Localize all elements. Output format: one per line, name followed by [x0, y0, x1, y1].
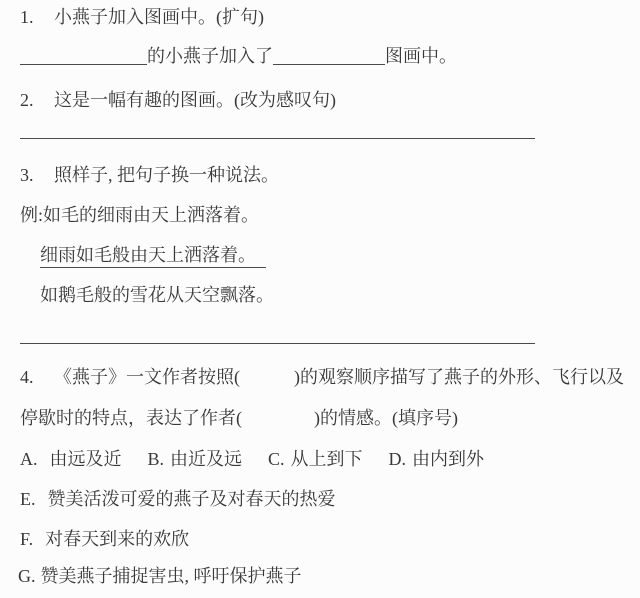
question-1-fill-line: 的小燕子加入了图画中。: [20, 43, 636, 69]
option-d: D.由内到外: [389, 446, 485, 472]
fill-text-1: 的小燕子加入了: [147, 46, 273, 66]
option-b-label: B.: [148, 446, 165, 472]
question-3-text: 照样子, 把句子换一种说法。: [54, 165, 279, 185]
option-c-text: 从上到下: [291, 449, 363, 469]
worksheet-page: 1.小燕子加入图画中。(扩句) 的小燕子加入了图画中。 2.这是一幅有趣的图画。…: [0, 0, 640, 598]
question-3-example-answer: 细雨如毛般由天上洒落着。: [20, 242, 636, 268]
option-a-label: A.: [20, 446, 38, 472]
option-c-label: C.: [268, 446, 285, 472]
fill-blank-2: [273, 46, 385, 65]
example-answer-sentence: 细雨如毛般由天上洒落着。: [40, 245, 266, 268]
question-3-exercise: 如鹅毛般的雪花从天空飘落。: [20, 282, 636, 308]
question-1-number: 1.: [20, 4, 54, 30]
fill-blank-1: [20, 46, 147, 65]
option-d-label: D.: [389, 446, 407, 472]
question-2: 2.这是一幅有趣的图画。(改为感叹句): [20, 87, 636, 113]
fill-text-2: 图画中。: [385, 46, 457, 66]
option-g: G.赞美燕子捕捉害虫, 呼吁保护燕子: [18, 563, 636, 589]
question-4-text-line1: 《燕子》一文作者按照( )的观察顺序描写了燕子的外形、飞行以及: [54, 367, 624, 387]
question-4-line-1: 4.《燕子》一文作者按照( )的观察顺序描写了燕子的外形、飞行以及: [20, 364, 636, 390]
question-2-text: 这是一幅有趣的图画。(改为感叹句): [54, 90, 336, 110]
option-g-label: G.: [18, 563, 36, 589]
option-f-text: 对春天到来的欢欣: [45, 529, 189, 549]
question-3: 3.照样子, 把句子换一种说法。: [20, 162, 636, 188]
question-3-number: 3.: [20, 162, 54, 188]
exercise-sentence: 如鹅毛般的雪花从天空飘落。: [40, 285, 274, 305]
question-1-text: 小燕子加入图画中。(扩句): [54, 7, 264, 27]
answer-line-2: [20, 343, 535, 344]
option-c: C.从上到下: [268, 446, 363, 472]
option-f: F.对春天到来的欢欣: [20, 526, 636, 552]
option-a: A.由远及近: [20, 446, 122, 472]
example-sentence: 例:如毛的细雨由天上洒落着。: [20, 205, 259, 225]
option-d-text: 由内到外: [412, 449, 484, 469]
question-3-example: 例:如毛的细雨由天上洒落着。: [20, 202, 636, 228]
answer-line-1: [20, 138, 535, 139]
option-b-text: 由近及远: [170, 449, 242, 469]
option-a-text: 由远及近: [50, 449, 122, 469]
option-g-text: 赞美燕子捕捉害虫, 呼吁保护燕子: [41, 566, 302, 586]
option-f-label: F.: [20, 526, 33, 552]
question-4-options-row: A.由远及近 B.由近及远 C.从上到下 D.由内到外: [20, 446, 636, 472]
option-e-text: 赞美活泼可爱的燕子及对春天的热爱: [48, 489, 336, 509]
question-1: 1.小燕子加入图画中。(扩句): [20, 4, 636, 30]
option-e-label: E.: [20, 486, 36, 512]
question-4-text-line2: 停歇时的特点，表达了作者( )的情感。(填序号): [20, 408, 458, 428]
question-4-number: 4.: [20, 364, 54, 390]
option-b: B.由近及远: [148, 446, 243, 472]
option-e: E.赞美活泼可爱的燕子及对春天的热爱: [20, 486, 636, 512]
question-4-line-2: 停歇时的特点，表达了作者( )的情感。(填序号): [20, 405, 636, 431]
question-2-number: 2.: [20, 87, 54, 113]
